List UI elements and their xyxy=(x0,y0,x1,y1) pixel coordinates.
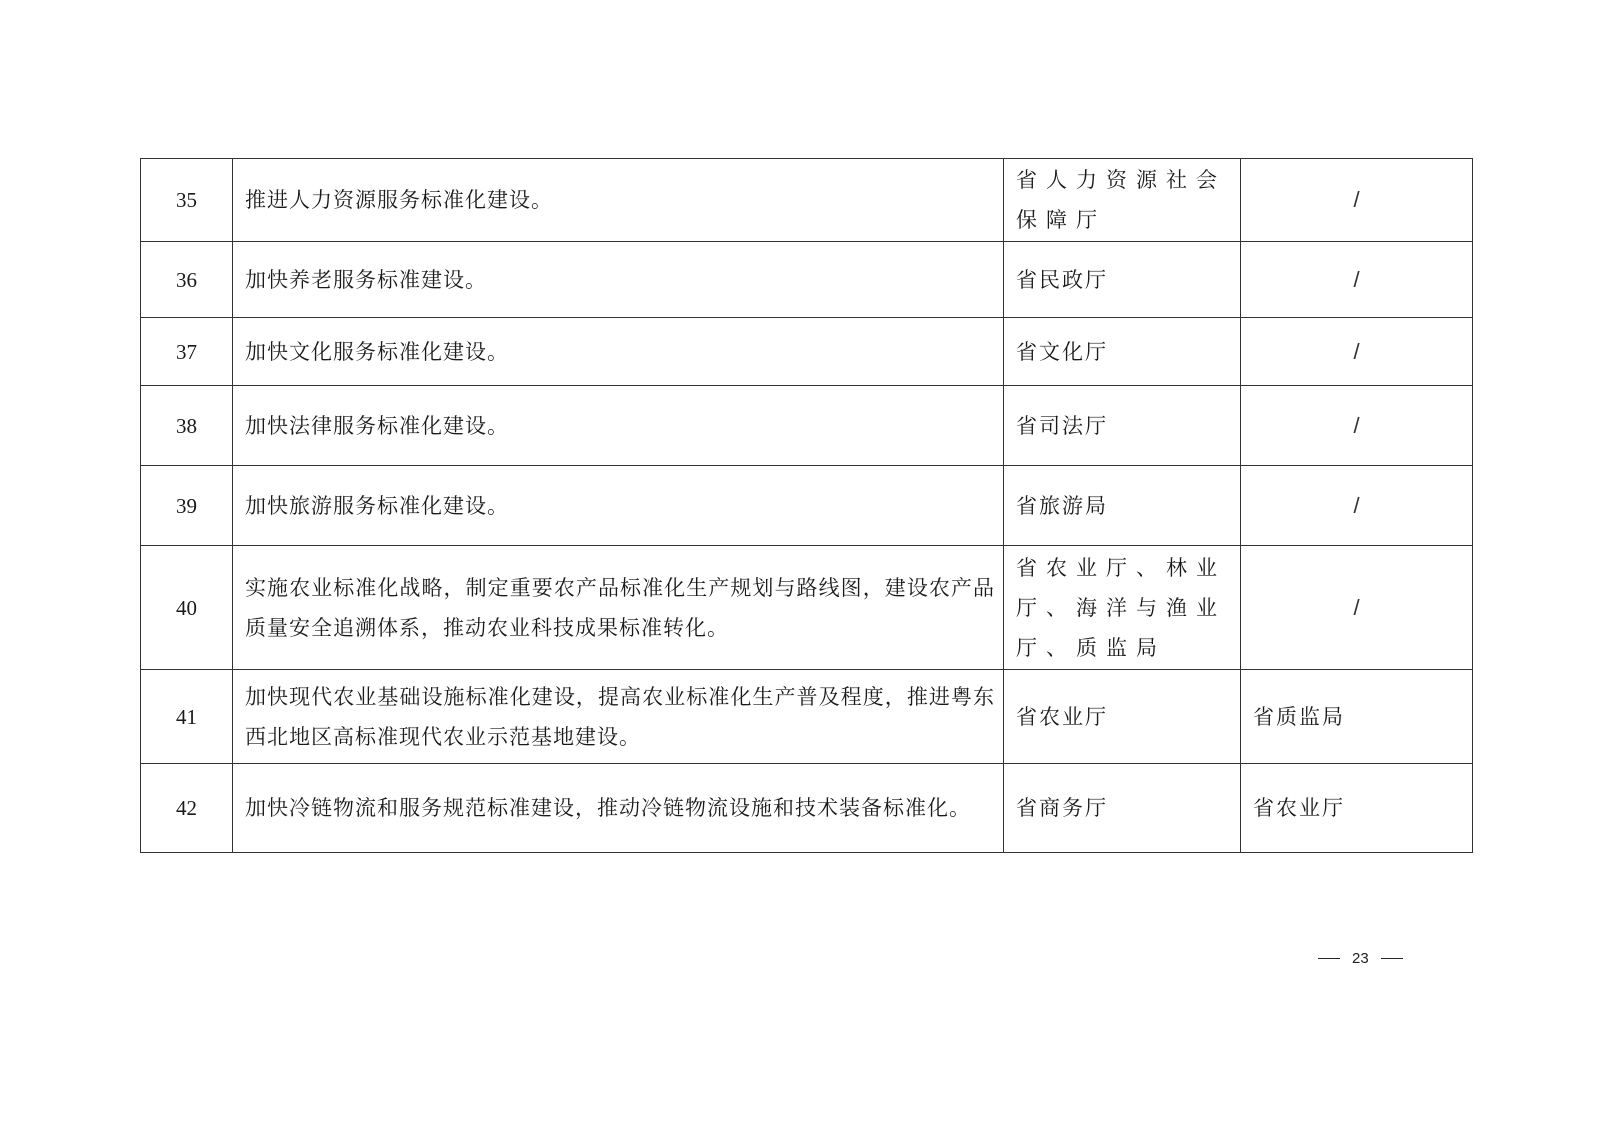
assisting-department: 省农业厅 xyxy=(1241,764,1473,853)
table-row: 37 加快文化服务标准化建设。 省文化厅 / xyxy=(141,318,1473,386)
page-number: 23 xyxy=(1318,950,1403,967)
page-number-text: 23 xyxy=(1352,950,1369,967)
task-description: 加快现代农业基础设施标准化建设，提高农业标准化生产普及程度，推进粤东西北地区高标… xyxy=(233,670,1004,764)
task-description: 实施农业标准化战略，制定重要农产品标准化生产规划与路线图，建设农产品质量安全追溯… xyxy=(233,546,1004,670)
task-description: 加快养老服务标准建设。 xyxy=(233,242,1004,318)
table-row: 36 加快养老服务标准建设。 省民政厅 / xyxy=(141,242,1473,318)
lead-department: 省文化厅 xyxy=(1004,318,1241,386)
task-table: 35 推进人力资源服务标准化建设。 省人力资源社会保障厅 / 36 加快养老服务… xyxy=(140,158,1473,853)
task-description: 加快法律服务标准化建设。 xyxy=(233,386,1004,466)
task-description: 推进人力资源服务标准化建设。 xyxy=(233,159,1004,242)
assisting-department: / xyxy=(1241,318,1473,386)
assisting-department: / xyxy=(1241,386,1473,466)
table-row: 40 实施农业标准化战略，制定重要农产品标准化生产规划与路线图，建设农产品质量安… xyxy=(141,546,1473,670)
table-row: 41 加快现代农业基础设施标准化建设，提高农业标准化生产普及程度，推进粤东西北地… xyxy=(141,670,1473,764)
dash-right-decoration xyxy=(1381,958,1403,960)
lead-department: 省农业厅、林业厅、海洋与渔业厅、质监局 xyxy=(1004,546,1241,670)
row-number: 35 xyxy=(141,159,233,242)
dash-left-decoration xyxy=(1318,958,1340,960)
lead-department: 省农业厅 xyxy=(1004,670,1241,764)
table-row: 42 加快冷链物流和服务规范标准建设，推动冷链物流设施和技术装备标准化。 省商务… xyxy=(141,764,1473,853)
assisting-department: / xyxy=(1241,546,1473,670)
row-number: 41 xyxy=(141,670,233,764)
lead-department: 省民政厅 xyxy=(1004,242,1241,318)
row-number: 39 xyxy=(141,466,233,546)
assisting-department: / xyxy=(1241,159,1473,242)
lead-department: 省人力资源社会保障厅 xyxy=(1004,159,1241,242)
assisting-department: / xyxy=(1241,242,1473,318)
row-number: 36 xyxy=(141,242,233,318)
lead-department: 省旅游局 xyxy=(1004,466,1241,546)
table-row: 35 推进人力资源服务标准化建设。 省人力资源社会保障厅 / xyxy=(141,159,1473,242)
task-description: 加快旅游服务标准化建设。 xyxy=(233,466,1004,546)
row-number: 37 xyxy=(141,318,233,386)
row-number: 42 xyxy=(141,764,233,853)
task-description: 加快冷链物流和服务规范标准建设，推动冷链物流设施和技术装备标准化。 xyxy=(233,764,1004,853)
lead-department: 省司法厅 xyxy=(1004,386,1241,466)
lead-department: 省商务厅 xyxy=(1004,764,1241,853)
document-page: 35 推进人力资源服务标准化建设。 省人力资源社会保障厅 / 36 加快养老服务… xyxy=(0,0,1600,1131)
table-row: 38 加快法律服务标准化建设。 省司法厅 / xyxy=(141,386,1473,466)
row-number: 38 xyxy=(141,386,233,466)
row-number: 40 xyxy=(141,546,233,670)
assisting-department: / xyxy=(1241,466,1473,546)
assisting-department: 省质监局 xyxy=(1241,670,1473,764)
task-description: 加快文化服务标准化建设。 xyxy=(233,318,1004,386)
table-row: 39 加快旅游服务标准化建设。 省旅游局 / xyxy=(141,466,1473,546)
